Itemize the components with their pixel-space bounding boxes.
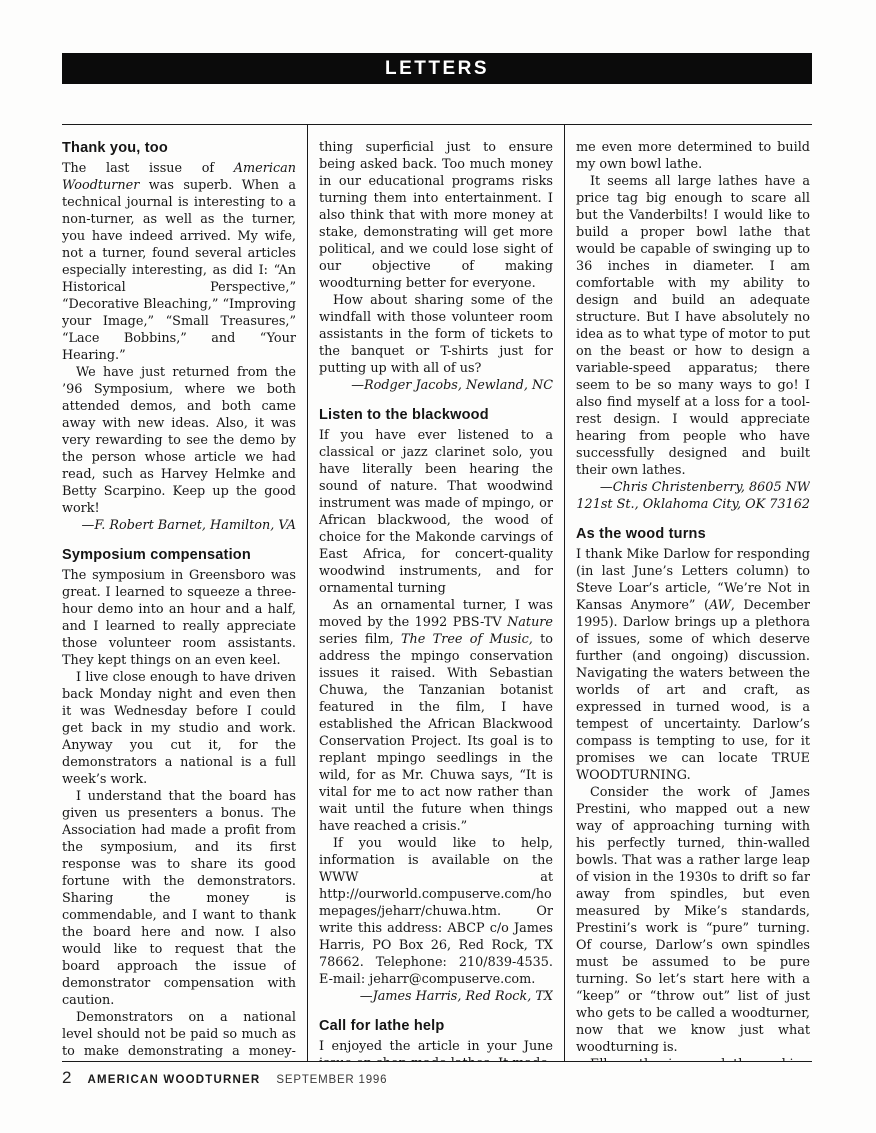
letter-paragraph: Consider the work of James Prestini, who…	[576, 784, 810, 1056]
body-text: series film,	[319, 632, 401, 647]
body-text: I understand that the board has given us…	[62, 789, 296, 1008]
letter-paragraph: How about sharing some of the windfall w…	[319, 292, 553, 377]
letters-column-2: thing superficial just to ensure being a…	[319, 125, 553, 1061]
body-text: Consider the work of James Prestini, who…	[576, 785, 810, 1055]
body-text: I live close enough to have driven back …	[62, 670, 296, 787]
letter-paragraph: We have just returned from the ’96 Sympo…	[62, 364, 296, 517]
letter-paragraph: As an ornamental turner, I was moved by …	[319, 597, 553, 835]
letters-section-banner: LETTERS	[62, 53, 812, 84]
body-text: It seems all large lathes have a price t…	[576, 174, 810, 478]
issue-date: SEPTEMBER 1996	[276, 1074, 387, 1086]
letter-paragraph: Demonstrators on a national level should…	[62, 1009, 296, 1061]
letter-paragraph: I thank Mike Darlow for responding (in l…	[576, 546, 810, 784]
letter-paragraph: The symposium in Greensboro was great. I…	[62, 567, 296, 669]
italic-text: The Tree of Music,	[401, 632, 533, 647]
letter-signature: —F. Robert Barnet, Hamilton, VA	[62, 517, 296, 534]
body-text: The last issue of	[62, 161, 234, 176]
letters-column-1: Thank you, tooThe last issue of American…	[62, 125, 296, 1061]
letter-paragraph: If you would like to help, information i…	[319, 835, 553, 988]
body-text: Ellsworth pioneered the making of thin-w…	[576, 1057, 810, 1061]
body-text: How about sharing some of the windfall w…	[319, 293, 553, 376]
letter-heading: As the wood turns	[576, 525, 810, 543]
body-text: to address the mpingo conservation issue…	[319, 632, 553, 834]
body-text: thing superficial just to ensure being a…	[319, 140, 553, 291]
letter-heading: Call for lathe help	[319, 1017, 553, 1035]
letter-paragraph: If you have ever listened to a classical…	[319, 427, 553, 597]
body-text: me even more determined to build my own …	[576, 140, 810, 172]
column-rule-2	[564, 125, 565, 1061]
letter-paragraph: I understand that the board has given us…	[62, 788, 296, 1009]
body-text: The symposium in Greensboro was great. I…	[62, 568, 296, 668]
letter-paragraph: The last issue of American Woodturner wa…	[62, 160, 296, 364]
letter-paragraph: It seems all large lathes have a price t…	[576, 173, 810, 479]
letter-paragraph: me even more determined to build my own …	[576, 139, 810, 173]
letter-paragraph: I live close enough to have driven back …	[62, 669, 296, 788]
column-rule-1	[307, 125, 308, 1061]
letters-columns: Thank you, tooThe last issue of American…	[62, 124, 812, 1062]
letters-column-3: me even more determined to build my own …	[576, 125, 810, 1061]
body-text: If you would like to help, information i…	[319, 836, 553, 987]
section-title: LETTERS	[385, 58, 489, 80]
italic-text: Nature	[507, 615, 553, 630]
letter-heading: Symposium compensation	[62, 546, 296, 564]
letter-signature: —Rodger Jacobs, Newland, NC	[319, 377, 553, 394]
letter-signature: —Chris Christenberry, 8605 NW 121st St.,…	[576, 479, 810, 513]
body-text: I enjoyed the article in your June issue…	[319, 1039, 553, 1061]
letter-signature: —James Harris, Red Rock, TX	[319, 988, 553, 1005]
letter-heading: Thank you, too	[62, 139, 296, 157]
letter-paragraph: Ellsworth pioneered the making of thin-w…	[576, 1056, 810, 1061]
letter-paragraph: I enjoyed the article in your June issue…	[319, 1038, 553, 1061]
body-text: , December 1995). Darlow brings up a ple…	[576, 598, 810, 783]
body-text: was superb. When a technical journal is …	[62, 178, 296, 363]
body-text: Demonstrators on a national level should…	[62, 1010, 296, 1061]
magazine-name: AMERICAN WOODTURNER	[87, 1074, 260, 1086]
body-text: We have just returned from the ’96 Sympo…	[62, 365, 296, 516]
page-footer: 2 AMERICAN WOODTURNER SEPTEMBER 1996	[62, 1068, 812, 1088]
letter-heading: Listen to the blackwood	[319, 406, 553, 424]
body-text: If you have ever listened to a classical…	[319, 428, 553, 596]
magazine-page: LETTERS Thank you, tooThe last issue of …	[0, 0, 876, 1133]
letter-paragraph: thing superficial just to ensure being a…	[319, 139, 553, 292]
italic-text: AW	[709, 598, 731, 613]
page-number: 2	[62, 1068, 71, 1088]
